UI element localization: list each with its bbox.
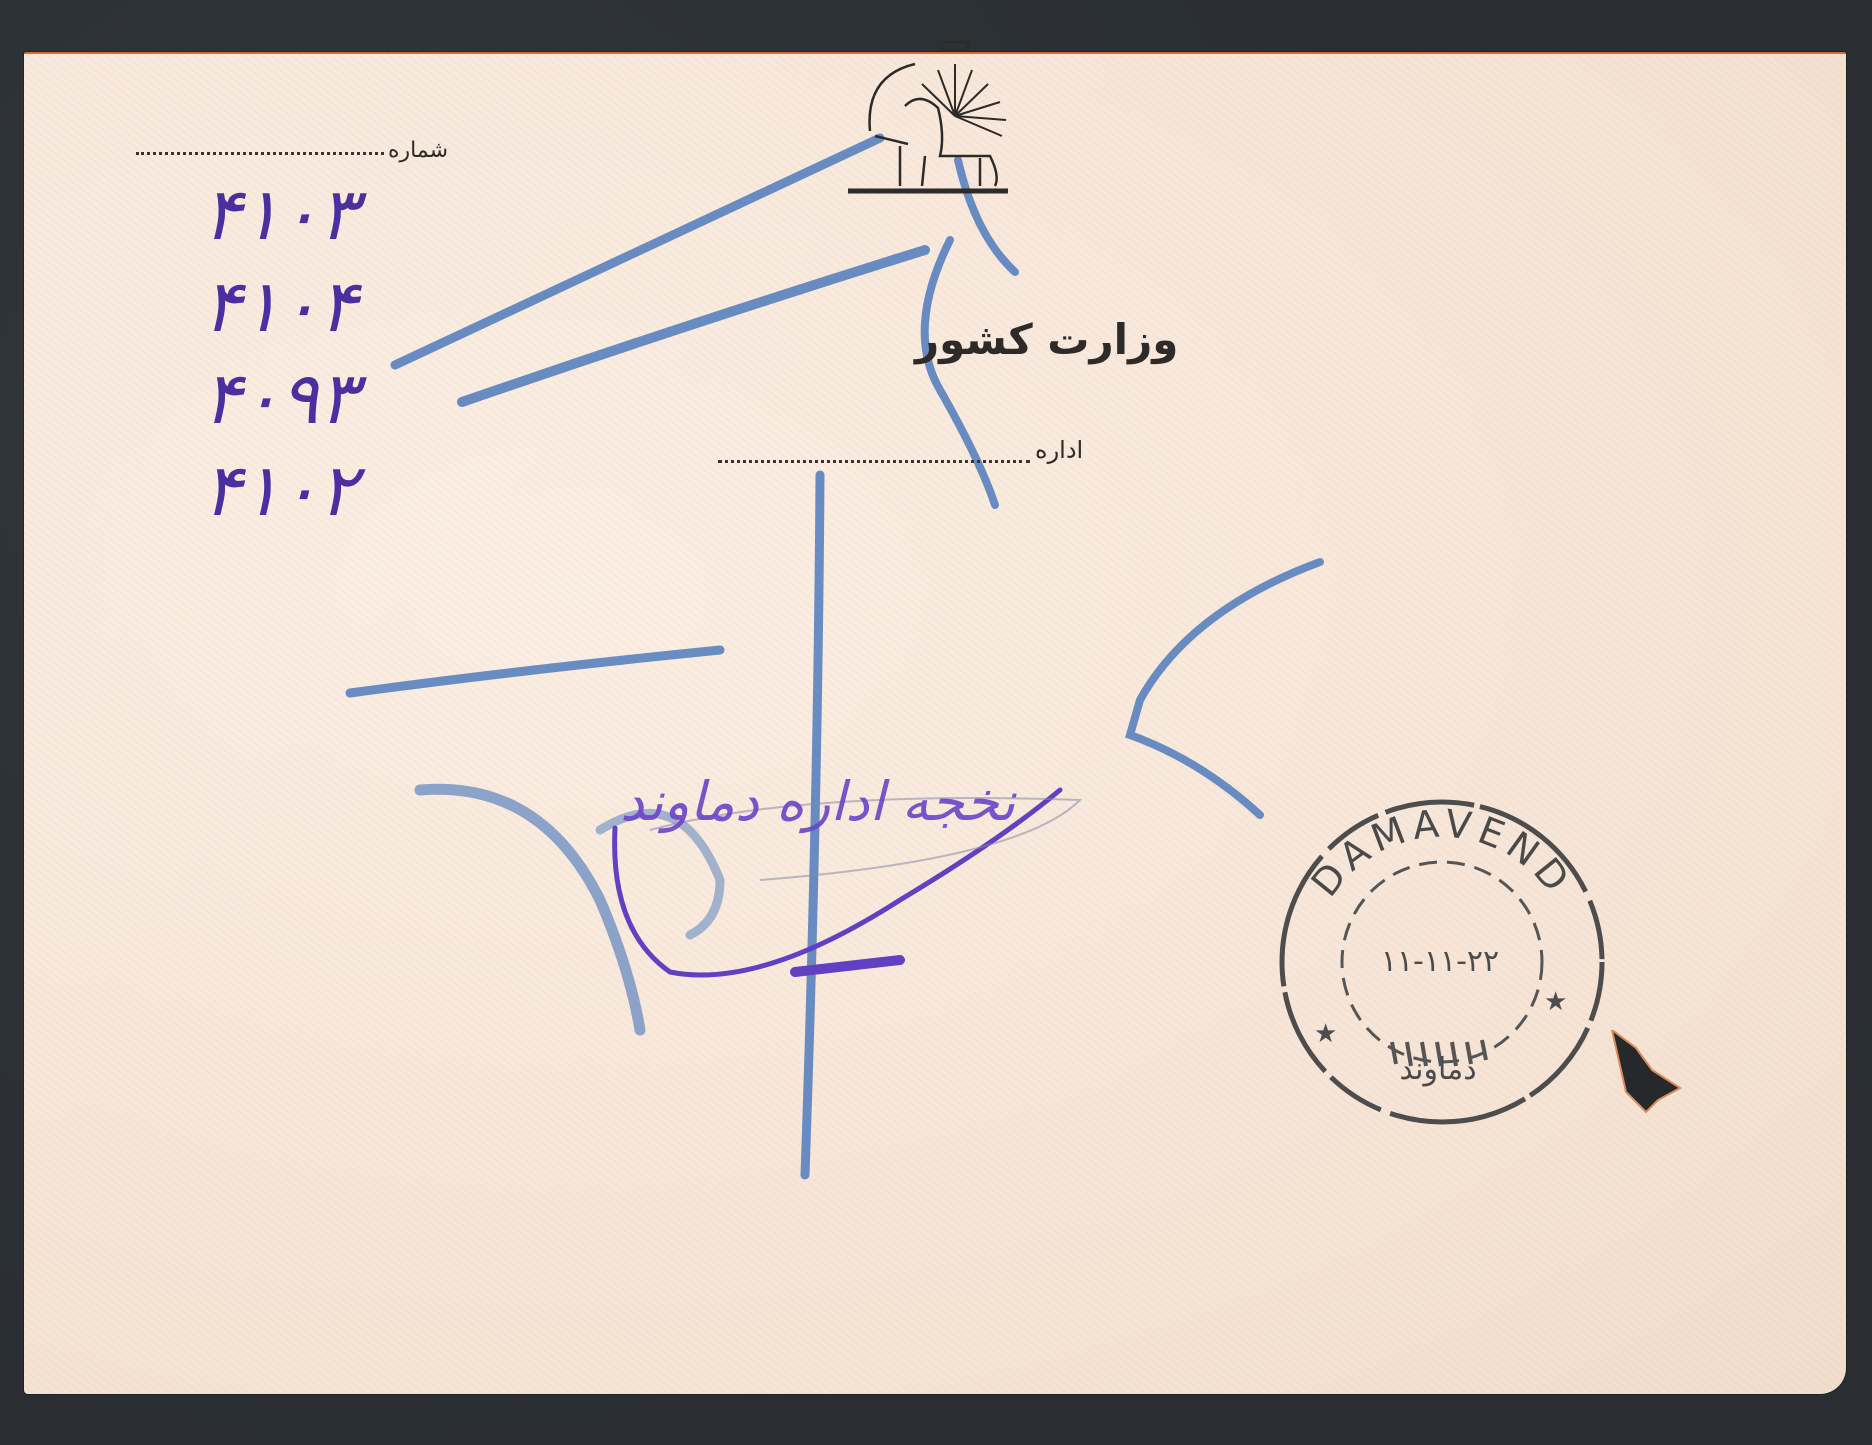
reference-number: ۴۱۰۲ — [150, 444, 410, 536]
svg-text:★: ★ — [1544, 987, 1567, 1017]
reference-number: ۴۰۹۳ — [150, 352, 410, 444]
ministry-title: وزارت کشور — [915, 315, 1178, 364]
svg-text:DAMAVEND: DAMAVEND — [1303, 801, 1582, 904]
paper-tear — [1608, 1030, 1688, 1120]
reference-number: ۴۱۰۳ — [150, 168, 410, 260]
reference-number: ۴۱۰۴ — [150, 260, 410, 352]
postmark-city-persian: دماوند — [1378, 1052, 1498, 1087]
postmark-date: ۱۱-۱۱-۲۲ — [1350, 944, 1530, 979]
office-field-line — [718, 460, 1030, 463]
postmark-city-latin: DAMAVEND — [1303, 801, 1582, 904]
number-label: شماره — [388, 138, 448, 163]
lion-and-sun-emblem — [830, 36, 1015, 201]
number-field-line — [136, 152, 384, 155]
handwritten-reference-numbers: ۴۱۰۳ ۴۱۰۴ ۴۰۹۳ ۴۱۰۲ — [150, 168, 410, 536]
svg-text:★: ★ — [1314, 1019, 1337, 1049]
office-label: اداره — [1035, 436, 1083, 464]
handwritten-note: نخجه اداره دماوند — [620, 770, 1015, 833]
